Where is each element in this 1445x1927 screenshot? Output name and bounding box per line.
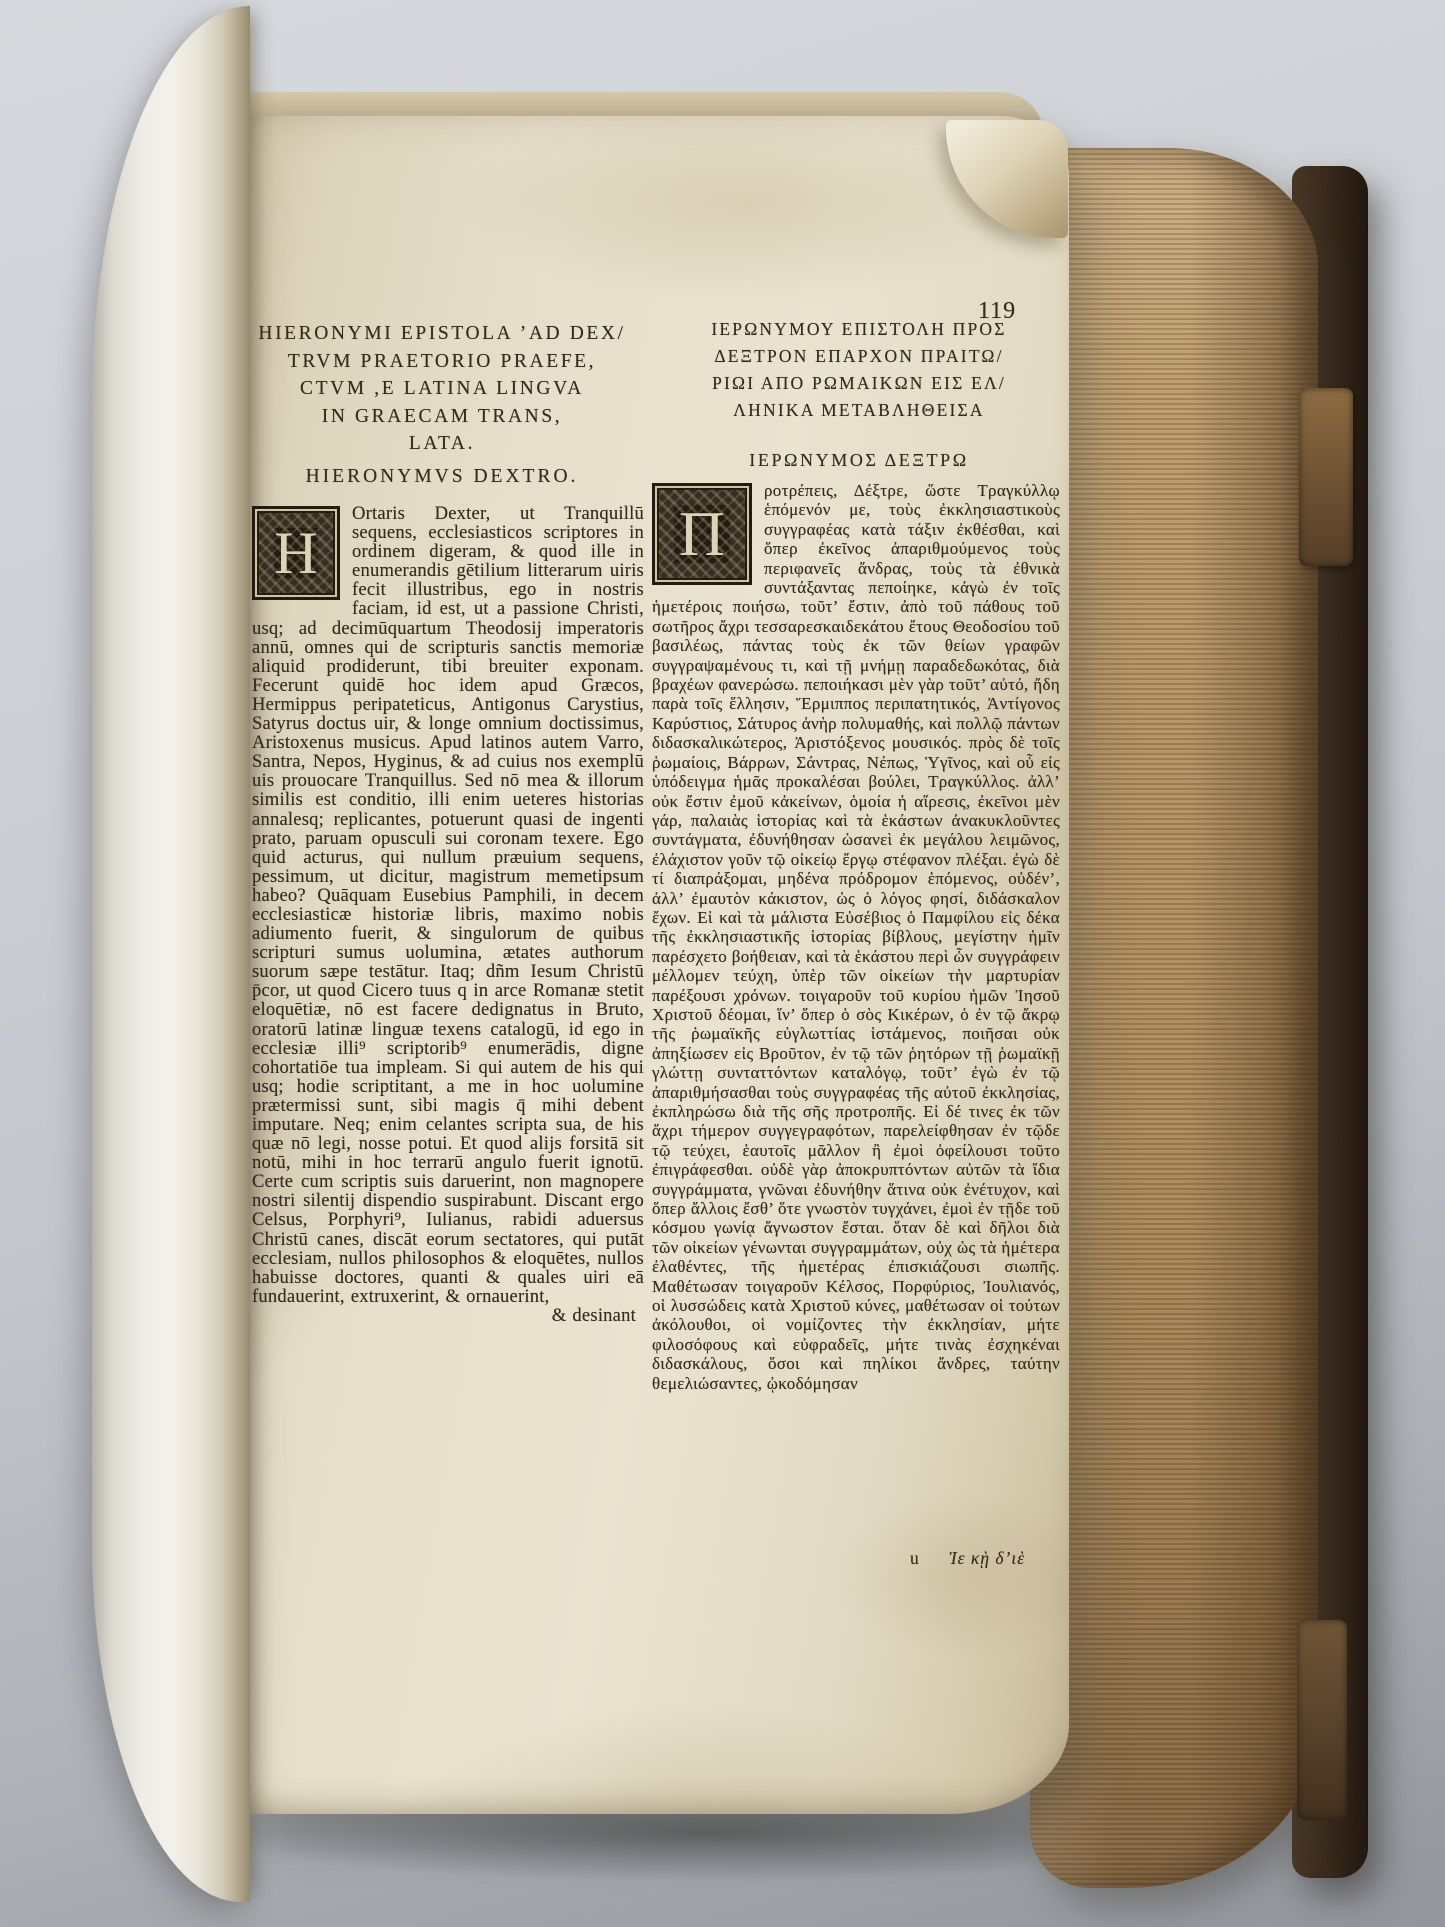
greek-heading: ΙΕΡΩΝΥΜΟΥ ΕΠΙΣΤΟΛΗ ΠΡΟΣ ΔΕΞΤΡΟΝ ΕΠΑΡΧΟΝ …	[658, 316, 1060, 424]
greek-heading-line: ΔΕΞΤΡΟΝ ΕΠΑΡΧΟΝ ΠΡΑΙΤΩ/	[658, 343, 1060, 370]
clasp-remnant	[1299, 388, 1353, 566]
woodcut-initial-pi: Π	[652, 483, 752, 585]
greek-drop-cap-letter: Π	[679, 502, 726, 566]
latin-heading-line: LATA.	[243, 430, 641, 458]
latin-heading-line: TRVM PRAETORIO PRAEFE,	[243, 348, 641, 376]
book-fore-edge-pages	[1030, 148, 1318, 1888]
greek-heading-line: ΛΗΝΙΚΑ ΜΕΤΑΒΛΗΘΕΙΣΑ	[658, 397, 1060, 424]
latin-heading: HIERONYMI EPISTOLA ’AD DEX/ TRVM PRAETOR…	[243, 320, 641, 458]
latin-drop-cap-letter: H	[274, 523, 318, 583]
signature-line: u Ἰε κῂ δ’ιὲ	[910, 1548, 1025, 1569]
clasp-remnant-lower	[1297, 1620, 1347, 1820]
greek-subheading: ΙΕΡΩΝΥΜΟΣ ΔΕΞΤΡΩ	[658, 450, 1060, 471]
greek-text-column: Π ροτρέπεις, Δέξτρε, ὥστε Τραγκύλλῳ ἑπόμ…	[652, 481, 1060, 1393]
signature-mark: u	[910, 1548, 919, 1568]
catchword: Ἰε κῂ δ’ιὲ	[949, 1548, 1025, 1568]
latin-heading-line: CTVM ,E LATINA LINGVA	[243, 375, 641, 403]
latin-final-line: & desinant	[252, 1306, 644, 1325]
woodcut-initial-h: H	[252, 506, 340, 600]
latin-heading-line: HIERONYMI EPISTOLA ’AD DEX/	[243, 320, 641, 348]
latin-text-column: H Ortaris Dexter, ut Tranquillū sequens,…	[252, 504, 644, 1325]
latin-heading-line: IN GRAECAM TRANS,	[243, 403, 641, 431]
latin-subheading: HIERONYMVS DEXTRO.	[243, 466, 641, 488]
greek-heading-line: ΙΕΡΩΝΥΜΟΥ ΕΠΙΣΤΟΛΗ ΠΡΟΣ	[658, 316, 1060, 343]
greek-heading-line: ΡΙΩΙ ΑΠΟ ΡΩΜΑΙΚΩΝ ΕΙΣ ΕΛ/	[658, 370, 1060, 397]
photo-of-open-book: 119 HIERONYMI EPISTOLA ’AD DEX/ TRVM PRA…	[0, 0, 1445, 1927]
latin-body-text: Ortaris Dexter, ut Tranquillū sequens, e…	[252, 503, 644, 1307]
greek-body-text: ροτρέπεις, Δέξτρε, ὥστε Τραγκύλλῳ ἑπόμεν…	[652, 481, 1060, 1393]
left-page-stack	[92, 6, 250, 1902]
